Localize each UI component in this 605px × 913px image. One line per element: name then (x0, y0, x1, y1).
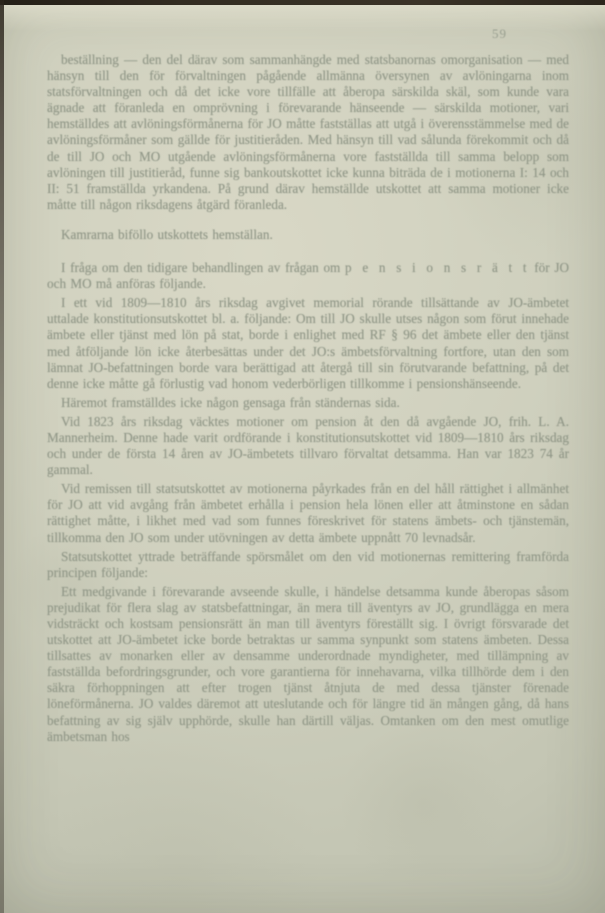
paragraph: I ett vid 1809—1810 års riksdag avgivet … (47, 295, 569, 392)
paragraph: beställning — den del därav som sammanhä… (47, 52, 569, 213)
scanned-page: 59 beställning — den del därav som samma… (0, 0, 605, 913)
scan-highlight (4, 5, 605, 31)
page-number: 59 (492, 26, 507, 42)
paragraph: Häremot framställdes icke någon gensaga … (47, 395, 569, 411)
paragraph: Statsutskottet yttrade beträffande spörs… (47, 549, 569, 581)
paragraph: Vid remissen till statsutskottet av moti… (47, 481, 569, 545)
scan-edge-left (0, 0, 4, 913)
paragraph: Kamrarna biföllo utskottets hemställan. (47, 227, 569, 243)
paragraph: Ett medgivande i förevarande avseende sk… (47, 584, 569, 745)
scan-edge-top (0, 0, 605, 5)
paragraph: Vid 1823 års riksdag väcktes motioner om… (47, 414, 569, 478)
paragraph: I fråga om den tidigare behandlingen av … (47, 260, 569, 292)
letterspaced-term: p e n s i o n s r ä t t (345, 260, 530, 275)
body-text: beställning — den del därav som sammanhä… (47, 52, 569, 745)
